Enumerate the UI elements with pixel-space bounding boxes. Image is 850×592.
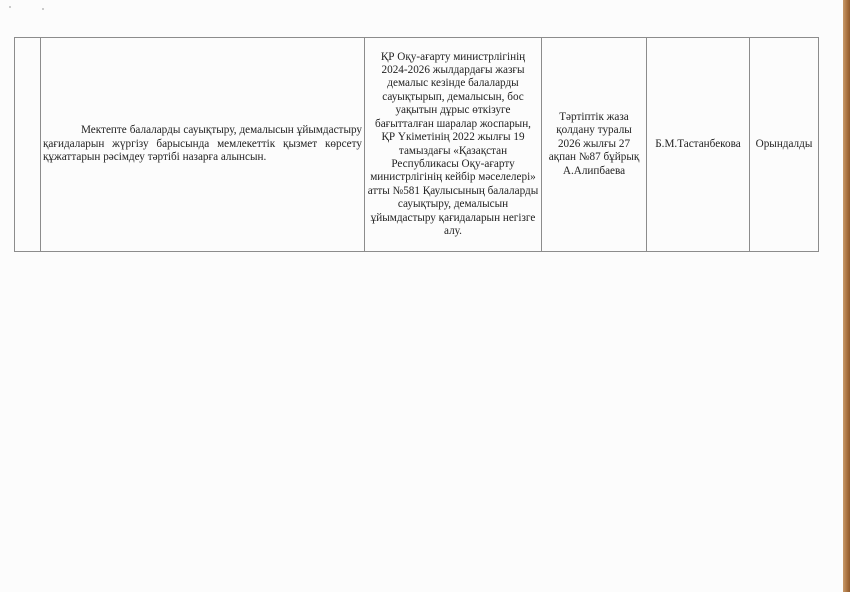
content-text: Мектепте балаларды сауықтыру, демалысын … [43,124,362,163]
status-cell: Орындалды [750,38,819,252]
content-cell: Мектепте балаларды сауықтыру, демалысын … [41,38,365,252]
desk-edge [843,0,850,592]
table-row: Мектепте балаларды сауықтыру, демалысын … [15,38,819,252]
document-page: Мектепте балаларды сауықтыру, демалысын … [0,0,843,592]
report-table: Мектепте балаларды сауықтыру, демалысын … [14,37,819,252]
responsible-cell: Б.М.Тастанбекова [647,38,750,252]
basis-cell: ҚР Оқу-ағарту министрлігінің 2024-2026 ж… [365,38,542,252]
speck [9,6,11,8]
row-number-cell [15,38,41,252]
speck [42,8,44,10]
order-cell: Тәртіптік жаза қолдану туралы 2026 жылғы… [542,38,647,252]
